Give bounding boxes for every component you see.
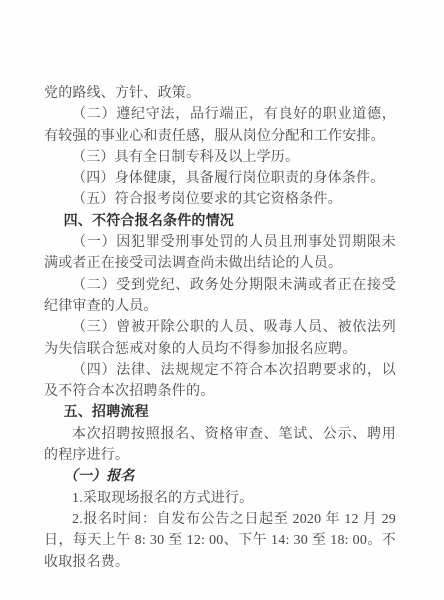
paragraph: （四）法律、法规规定不符合本次招聘要求的，以及不符合本次招聘条件的。 [44, 360, 396, 403]
subsection-heading: （一）报名 [44, 466, 396, 487]
paragraph: （三）曾被开除公职的人员、吸毒人员、被依法列为失信联合惩戒对象的人员均不得参加报… [44, 317, 396, 360]
paragraph: 党的路线、方针、政策。 [44, 83, 396, 104]
paragraph: 1.采取现场报名的方式进行。 [44, 488, 396, 509]
paragraph: （二）受到党纪、政务处分期限未满或者正在接受纪律审查的人员。 [44, 275, 396, 318]
paragraph: （二）遵纪守法，品行端正，有良好的职业道德，有较强的事业心和责任感，服从岗位分配… [44, 104, 396, 147]
section-heading: 四、不符合报名条件的情况 [44, 211, 396, 232]
paragraph: （三）具有全日制专科及以上学历。 [44, 147, 396, 168]
paragraph: 2.报名时间：自发布公告之日起至 2020 年 12 月 29 日，每天上午 8… [44, 509, 396, 573]
paragraph: （五）符合报考岗位要求的其它资格条件。 [44, 189, 396, 210]
section-heading: 五、招聘流程 [44, 402, 396, 423]
document-page: 党的路线、方针、政策。 （二）遵纪守法，品行端正，有良好的职业道德，有较强的事业… [0, 0, 444, 600]
paragraph: 本次招聘按照报名、资格审查、笔试、公示、聘用的程序进行。 [44, 424, 396, 467]
paragraph: （四）身体健康，具备履行岗位职责的身体条件。 [44, 168, 396, 189]
paragraph: （一）因犯罪受刑事处罚的人员且刑事处罚期限未满或者正在接受司法调查尚未做出结论的… [44, 232, 396, 275]
